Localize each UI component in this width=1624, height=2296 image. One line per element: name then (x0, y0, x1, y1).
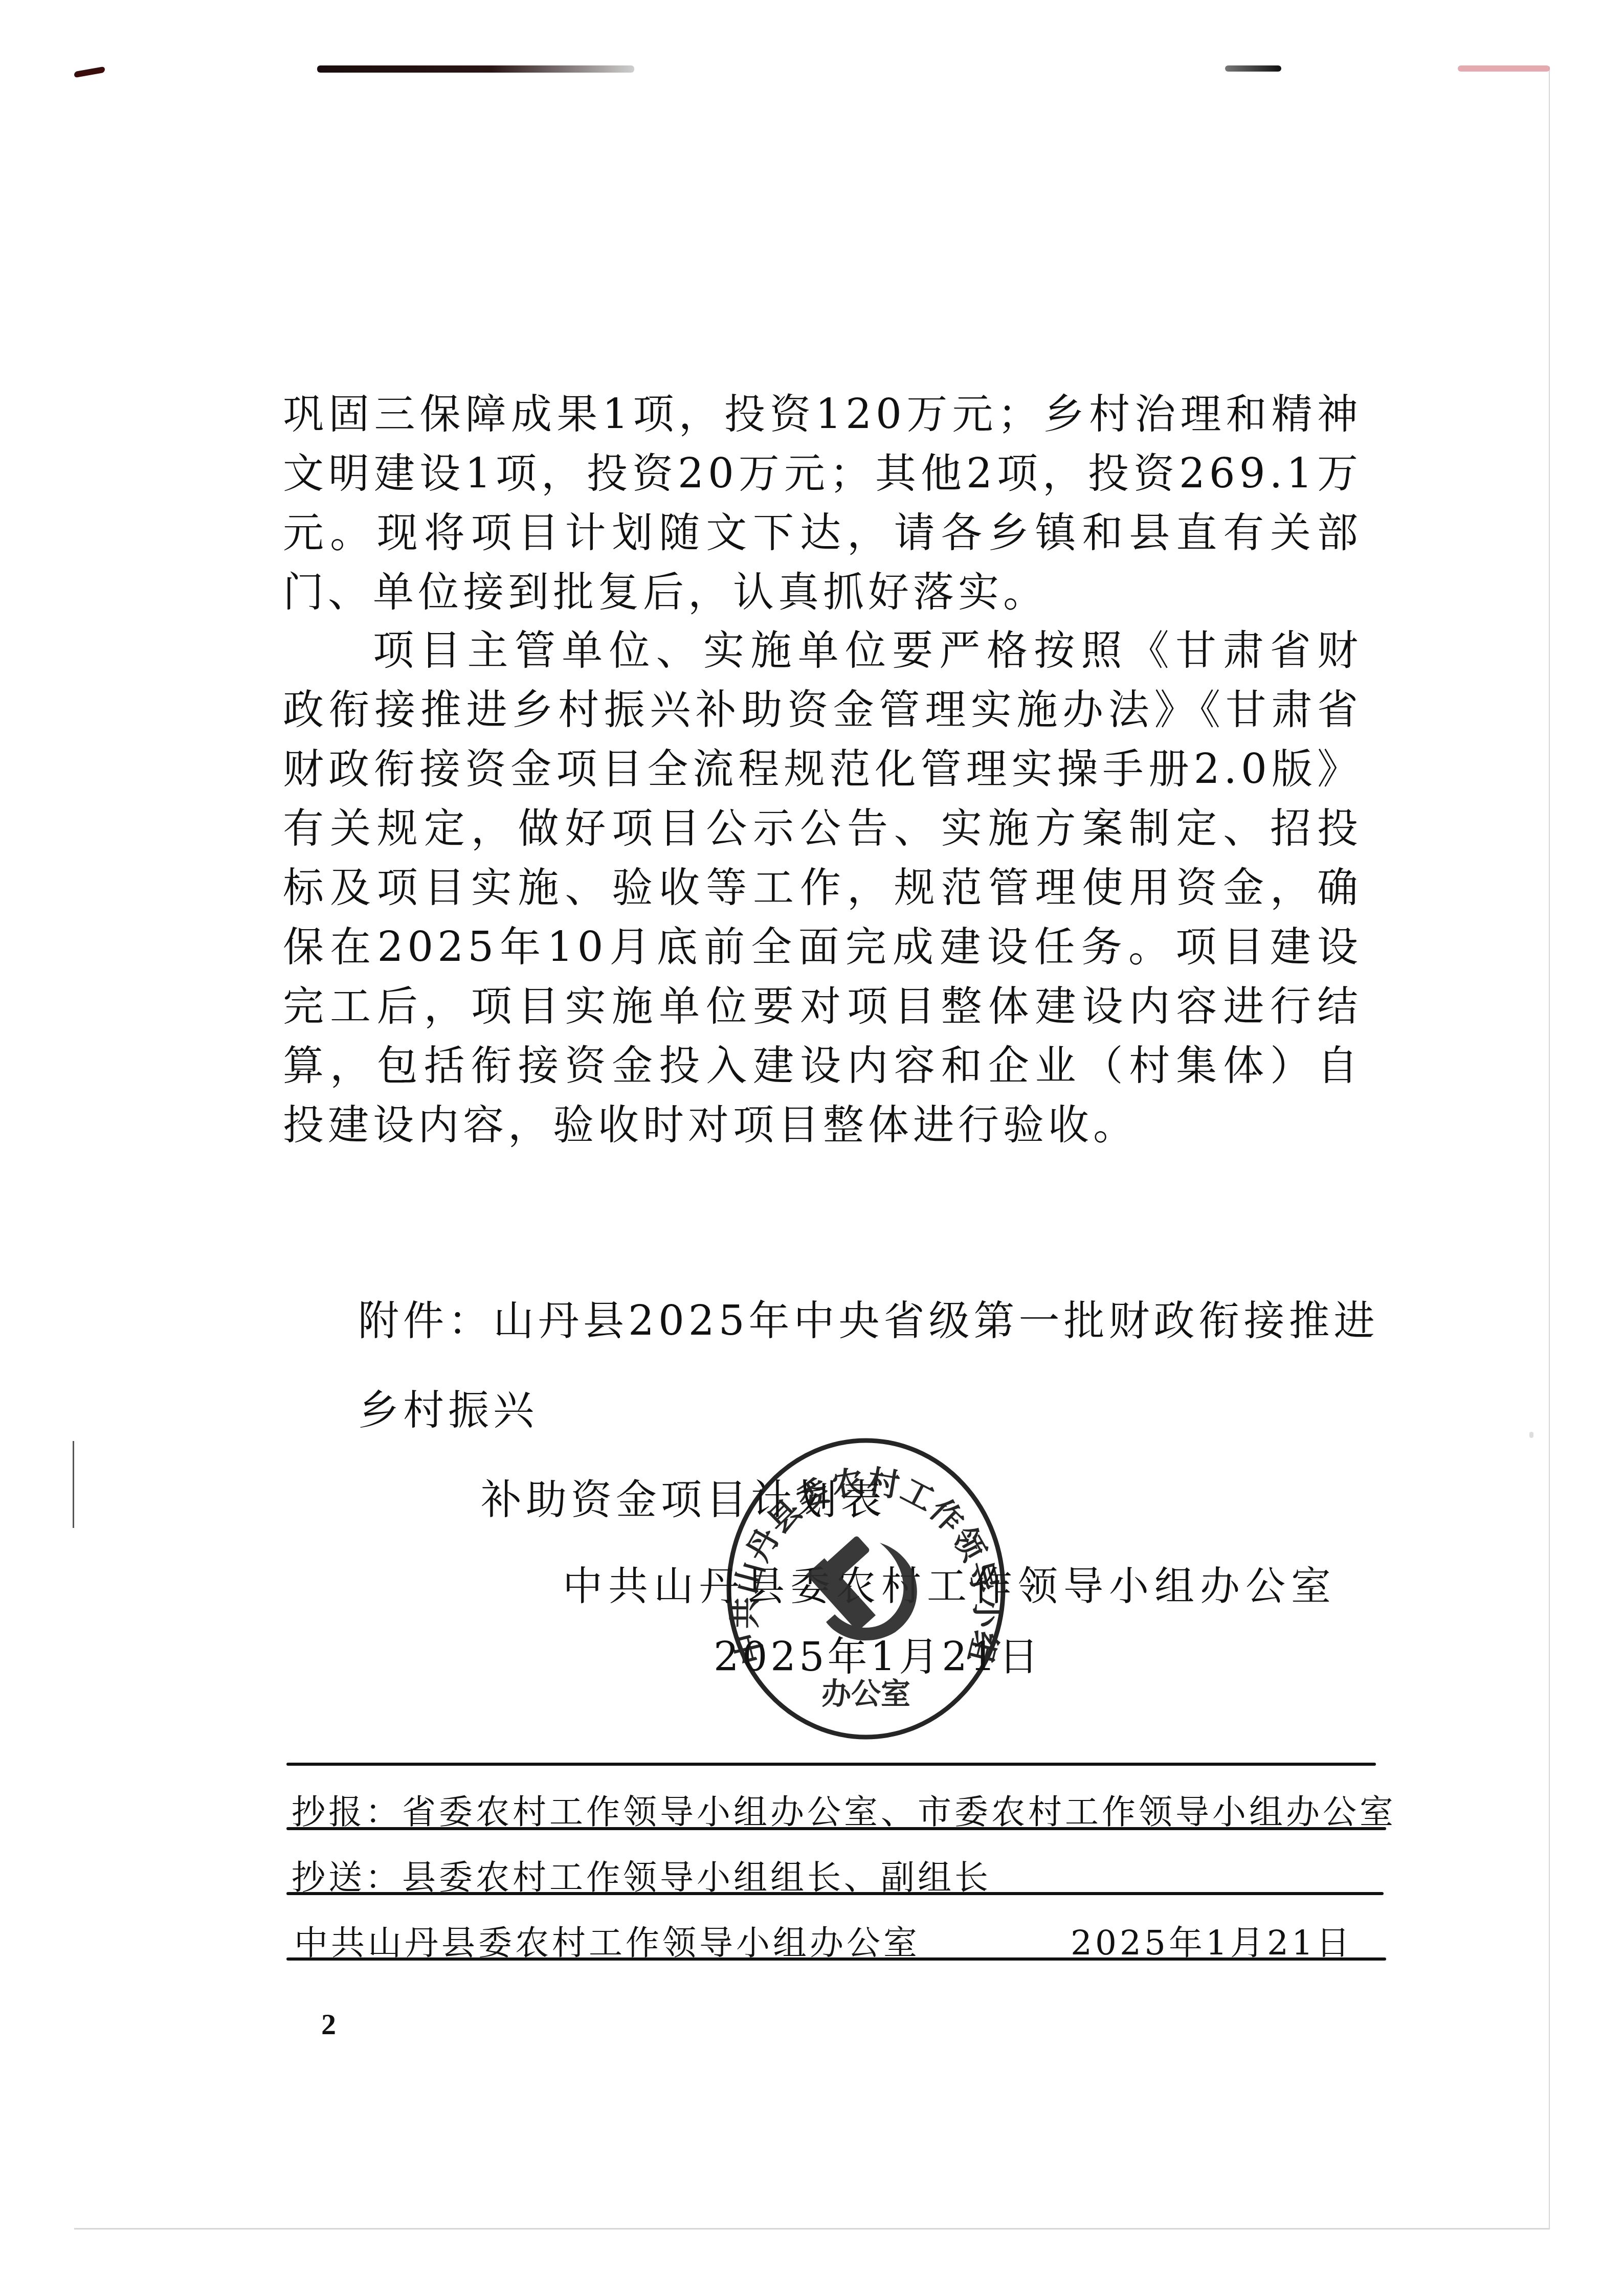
cc-report-line: 抄报：省委农村工作领导小组办公室、市委农村工作领导小组办公室 (292, 1785, 1396, 1833)
page-edge-bottom (74, 2228, 1550, 2230)
footer-rule-bottom (286, 1957, 1386, 1961)
scan-artifact-corner (74, 66, 105, 78)
page-edge-right (1549, 66, 1550, 2230)
seal-bottom-text: 办公室 (821, 1676, 910, 1711)
scan-artifact-top-mid (1225, 65, 1281, 72)
hammer-sickle-emblem (806, 1535, 917, 1640)
official-seal-icon: 中共山丹县委农村工作领导小组 办公室 (726, 1438, 1006, 1740)
body-paragraph-1: 巩固三保障成果1项，投资120万元；乡村治理和精神文明建设1项，投资20万元；其… (283, 385, 1362, 622)
cc-send-line: 抄送：县委农村工作领导小组组长、副组长 (292, 1850, 991, 1899)
body-paragraph-2: 项目主管单位、实施单位要严格按照《甘肃省财政衔接推进乡村振兴补助资金管理实施办法… (283, 621, 1362, 1155)
footer-issue-date: 2025年1月21日 (1071, 1916, 1353, 1964)
page-number: 2 (321, 2007, 336, 2041)
scan-artifact-right-speck (1529, 1432, 1533, 1438)
scan-artifact-top-right (1458, 65, 1550, 72)
footer-rule-top (286, 1763, 1376, 1766)
issuer-line: 中共山丹县委农村工作领导小组办公室 2025年1月21日 (294, 1916, 1353, 1964)
scan-artifact-top-left (317, 65, 634, 73)
scan-artifact-left-edge (73, 1441, 74, 1528)
footer-issuer: 中共山丹县委农村工作领导小组办公室 (294, 1916, 920, 1964)
attachment-label: 附件： (358, 1276, 493, 1365)
footer-rule-3 (286, 1892, 1384, 1895)
attachment-title-line1: 山丹县2025年中央省级第一批财政衔接推进乡村振兴 (358, 1297, 1379, 1434)
footer-rule-2 (286, 1827, 1386, 1830)
